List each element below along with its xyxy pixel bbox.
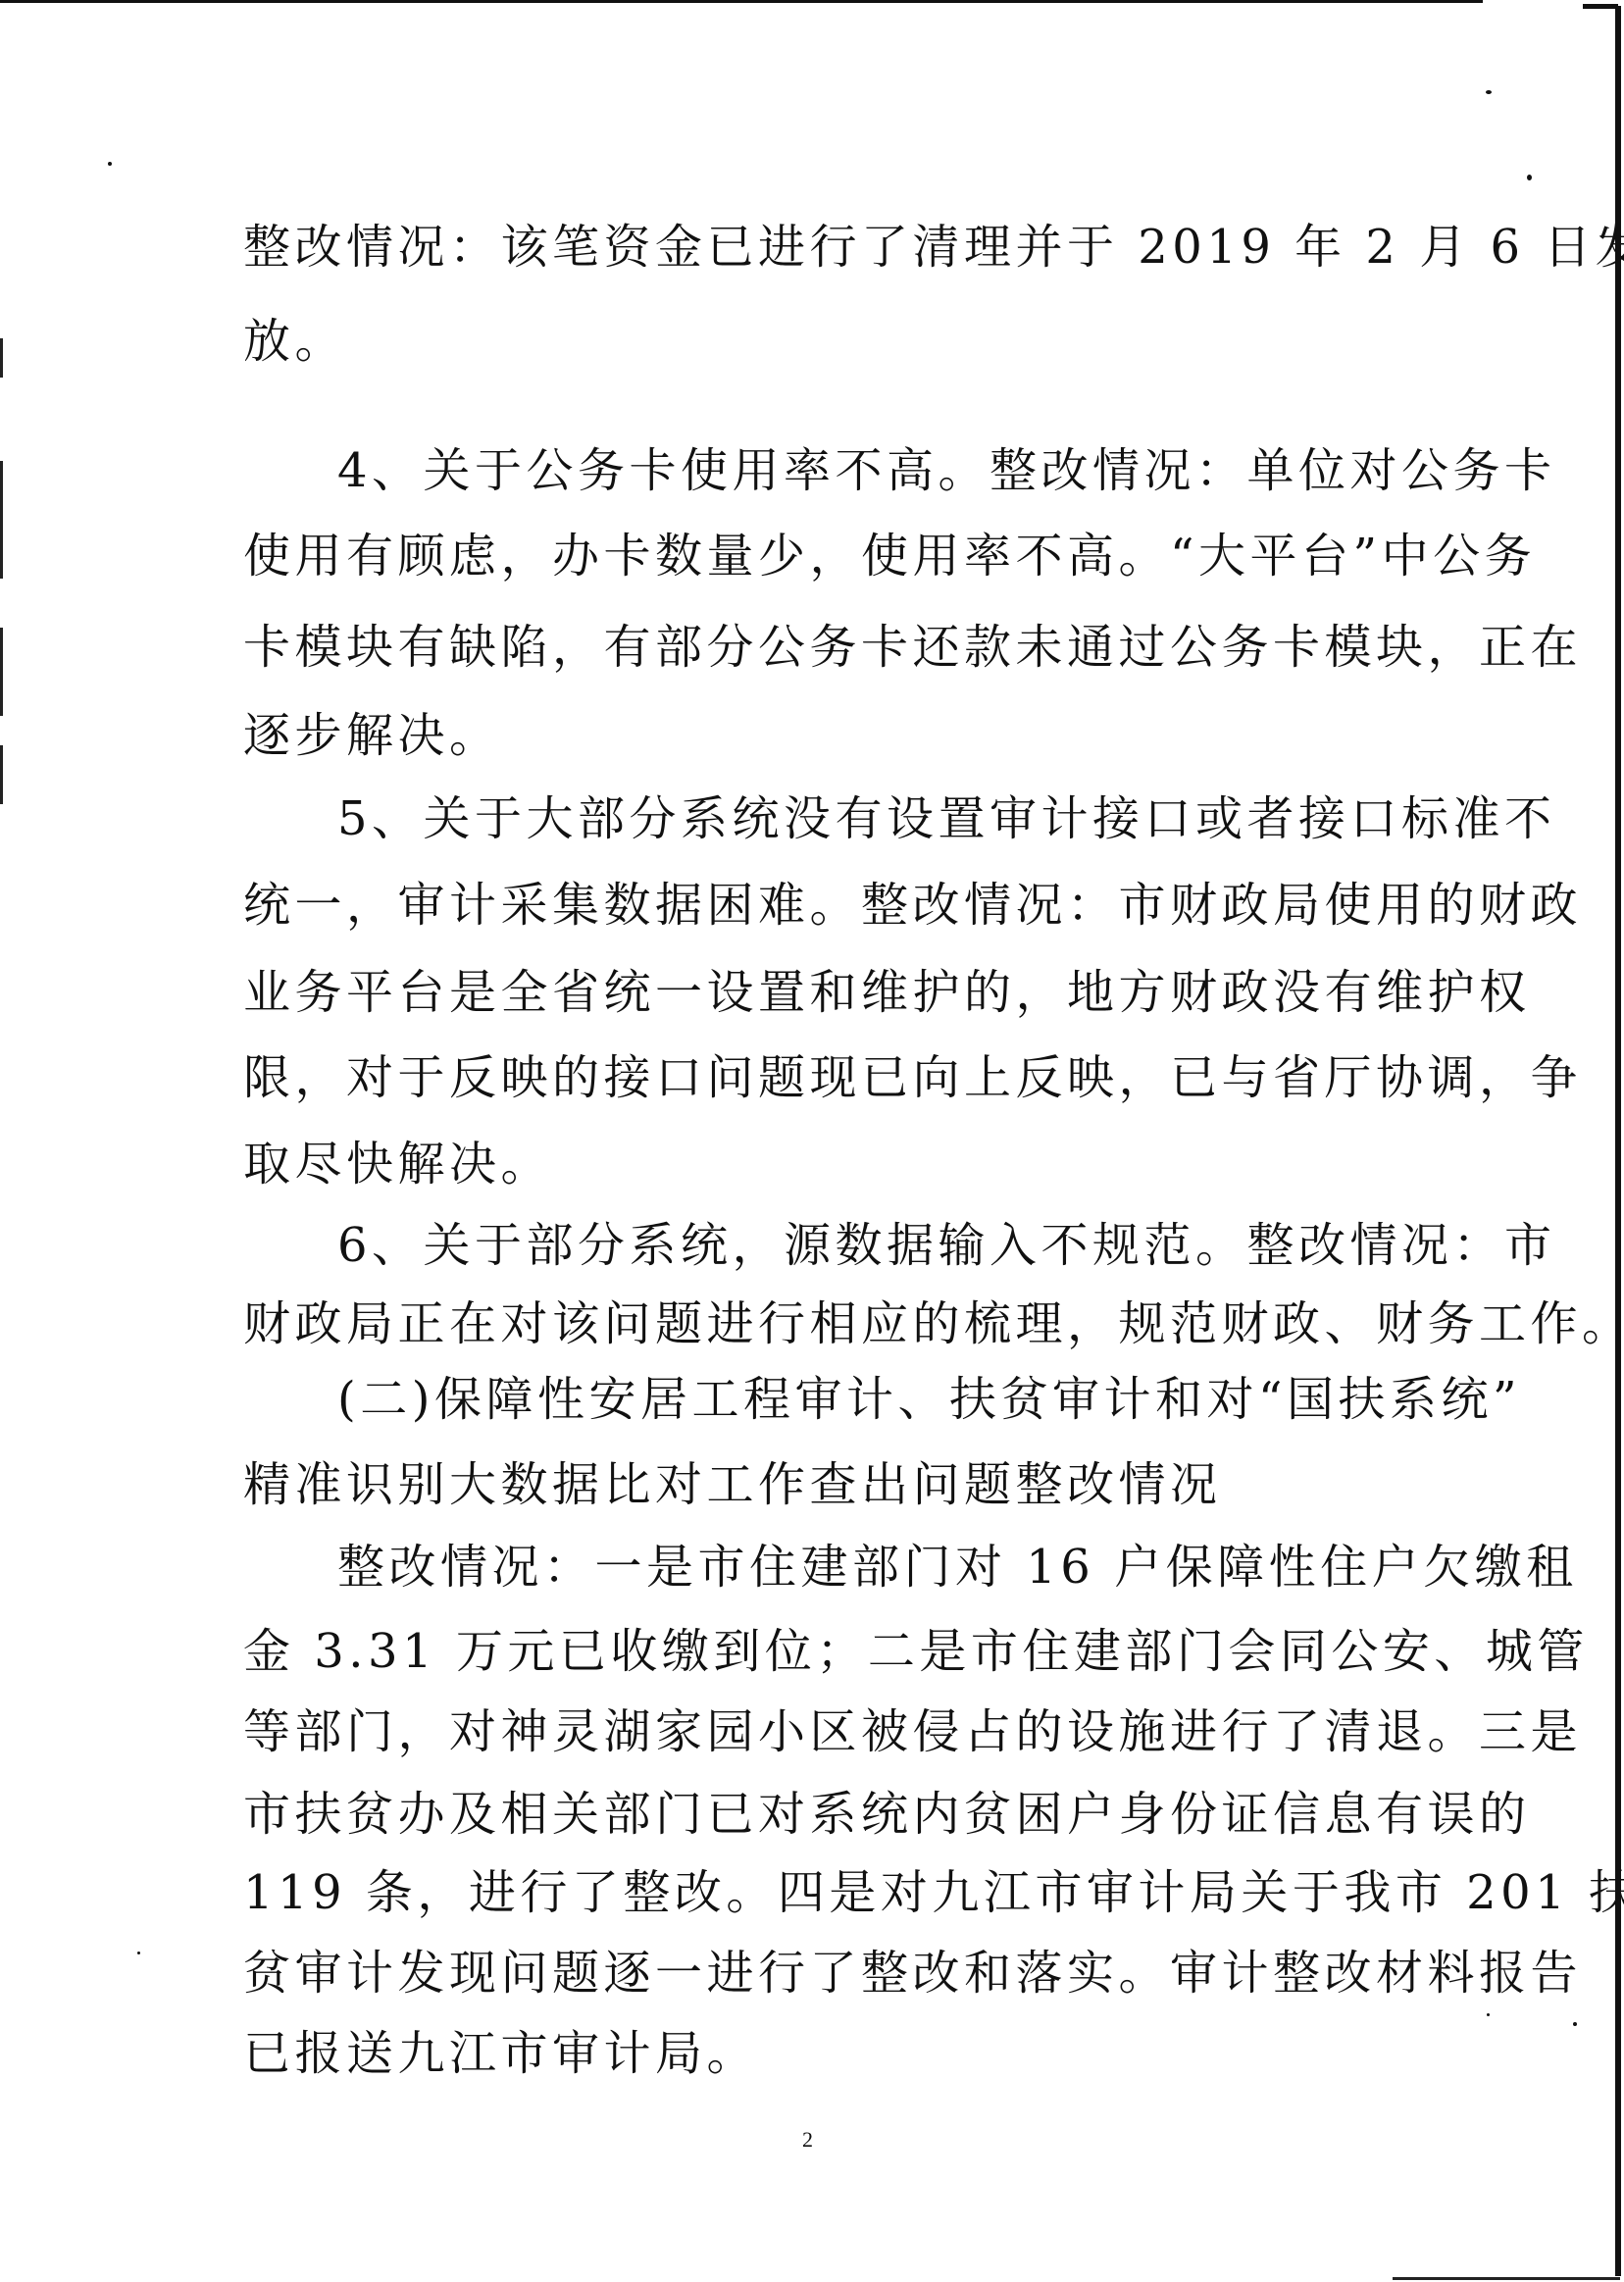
paragraph-line: 市扶贫办及相关部门已对系统内贫困户身份证信息有误的 — [243, 1785, 1531, 1844]
paragraph-line: 业务平台是全省统一设置和维护的，地方财政没有维护权 — [243, 963, 1531, 1022]
scan-edge-mark — [0, 338, 3, 378]
scan-border-top — [0, 0, 1483, 3]
paragraph-line: 整改情况：该笔资金已进行了清理并于 2019 年 2 月 6 日发 — [243, 218, 1624, 277]
scan-edge-mark — [0, 461, 3, 579]
section-item-4: 4、关于公务卡使用率不高。整改情况：单位对公务卡 — [337, 441, 1556, 500]
scan-speck — [1573, 2022, 1577, 2026]
section-heading-2: (二)保障性安居工程审计、扶贫审计和对“国扶系统” — [337, 1370, 1521, 1429]
scan-border-bottom — [1393, 2277, 1620, 2280]
paragraph-line: 逐步解决。 — [243, 706, 501, 765]
scan-border-top-right — [1583, 4, 1618, 9]
paragraph-line: 贫审计发现问题逐一进行了整改和落实。审计整改材料报告 — [243, 1944, 1582, 2003]
paragraph-line: 放。 — [243, 312, 346, 371]
section-item-5: 5、关于大部分系统没有设置审计接口或者接口标准不 — [337, 789, 1556, 848]
paragraph-line: 财政局正在对该问题进行相应的梳理，规范财政、财务工作。 — [243, 1294, 1624, 1353]
section-item-6: 6、关于部分系统，源数据输入不规范。整改情况：市 — [337, 1216, 1556, 1275]
paragraph-line: 卡模块有缺陷，有部分公务卡还款未通过公务卡模块，正在 — [243, 618, 1582, 677]
page-number: 2 — [802, 2128, 813, 2152]
scan-speck — [137, 1952, 140, 1954]
paragraph-line: 统一，审计采集数据困难。整改情况：市财政局使用的财政 — [243, 876, 1582, 935]
scan-speck — [1527, 175, 1532, 180]
paragraph-line: 整改情况：一是市住建部门对 16 户保障性住户欠缴租 — [337, 1538, 1578, 1597]
scan-edge-mark — [0, 628, 3, 716]
paragraph-line: 119 条，进行了整改。四是对九江市审计局关于我市 201 扶 — [243, 1863, 1624, 1922]
paragraph-line: 使用有顾虑，办卡数量少，使用率不高。“大平台”中公务 — [243, 527, 1536, 585]
scan-speck — [108, 162, 112, 166]
paragraph-line: 金 3.31 万元已收缴到位；二是市住建部门会同公安、城管 — [243, 1622, 1589, 1681]
paragraph-line: 等部门，对神灵湖家园小区被侵占的设施进行了清退。三是 — [243, 1702, 1582, 1761]
paragraph-line: 限，对于反映的接口问题现已向上反映，已与省厅协调，争 — [243, 1048, 1582, 1107]
scan-speck — [1486, 90, 1492, 94]
scan-edge-mark — [0, 745, 3, 804]
paragraph-line: 已报送九江市审计局。 — [243, 2024, 758, 2083]
paragraph-line: 取尽快解决。 — [243, 1135, 552, 1193]
scan-border-right — [1615, 6, 1621, 2276]
section-heading-2-cont: 精准识别大数据比对工作查出问题整改情况 — [243, 1455, 1222, 1514]
scan-speck — [1487, 2013, 1490, 2016]
